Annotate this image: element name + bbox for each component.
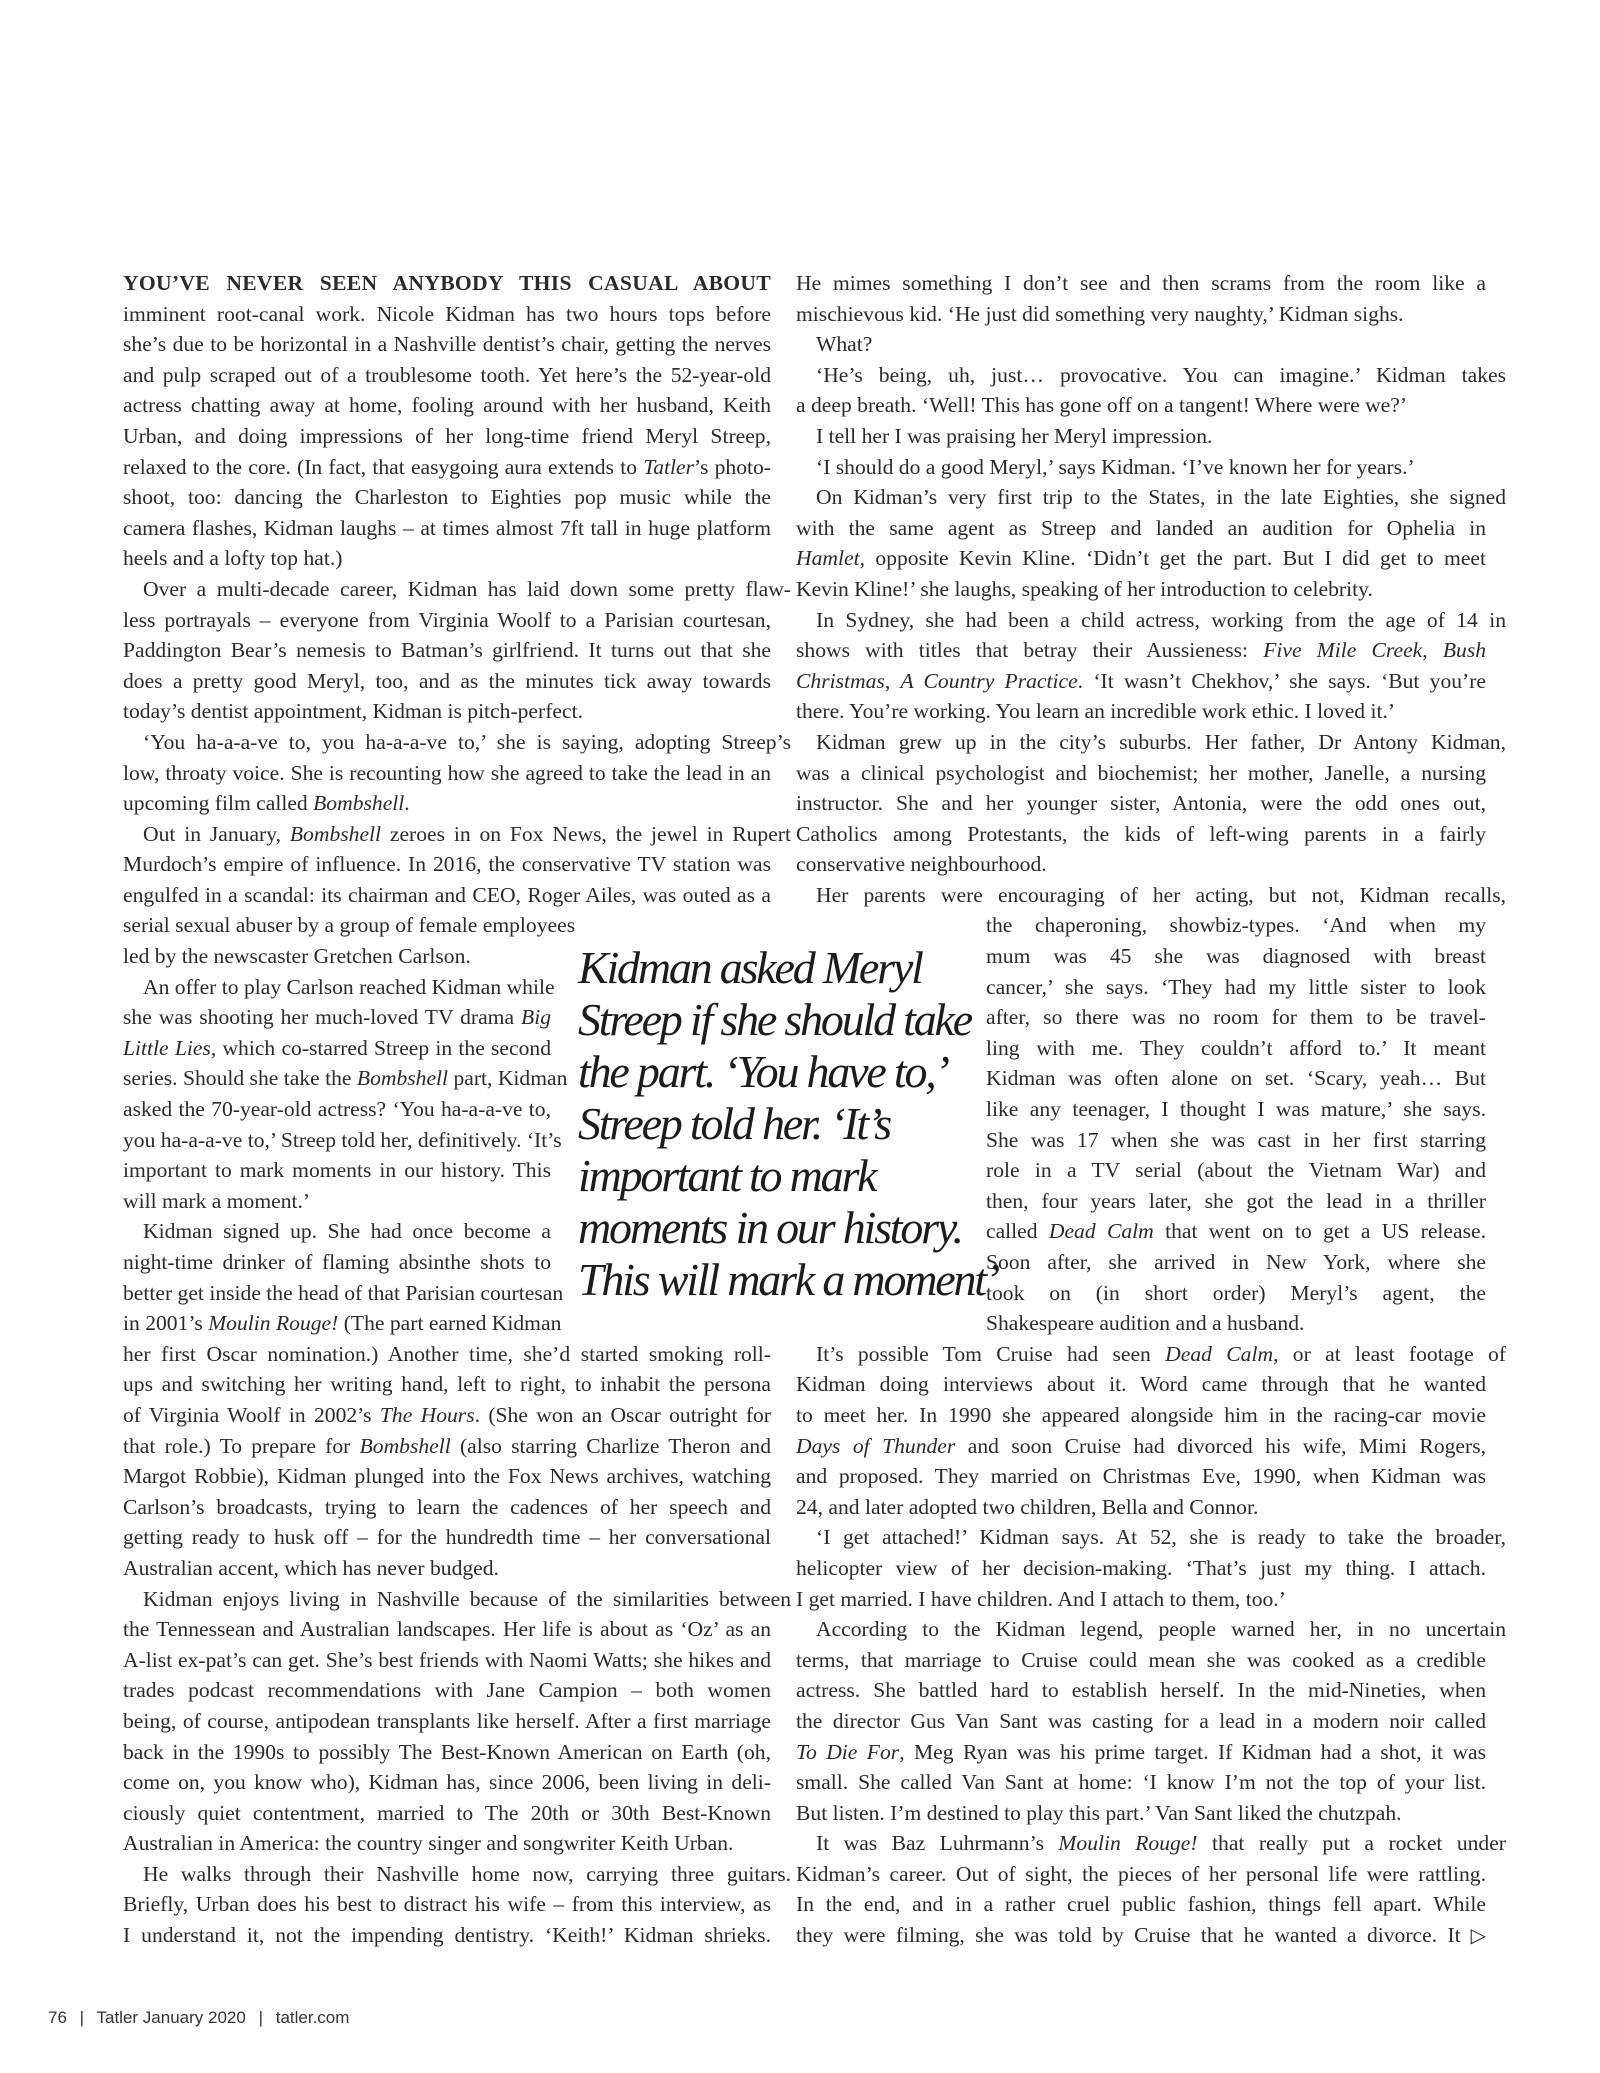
line-text: Kevin Kline!’ she laughs, speaking of he… (796, 577, 1373, 601)
line-text: in 2001’s (123, 1311, 208, 1335)
article-line: Little Lies, which co-starred Streep in … (123, 1033, 551, 1064)
line-text: relaxed to the core. (In fact, that easy… (123, 455, 643, 479)
pull-quote-line: Streep if she should take (578, 994, 998, 1046)
line-text: mum was 45 she was diagnosed with breast (986, 944, 1486, 968)
publication-issue: Tatler January 2020 (97, 2008, 246, 2027)
article-line: with the same agent as Streep and landed… (796, 513, 1486, 544)
footer-separator: | (251, 2008, 271, 2027)
line-text: to meet her. In 1990 she appeared alongs… (796, 1403, 1486, 1427)
article-line: What? (796, 329, 1506, 360)
pull-quote: Kidman asked Meryl Streep if she should … (578, 942, 998, 1306)
article-line: ciously quiet contentment, married to Th… (123, 1798, 771, 1829)
article-line: It’s possible Tom Cruise had seen Dead C… (796, 1339, 1506, 1370)
article-line: important to mark moments in our history… (123, 1155, 551, 1186)
article-line: I understand it, not the impending denti… (123, 1920, 771, 1951)
italic-title: Dead Calm (1049, 1219, 1154, 1243)
line-text: . (She won an Oscar outright for (475, 1403, 771, 1427)
article-line: shows with titles that betray their Auss… (796, 635, 1486, 666)
article-line: Murdoch’s empire of influence. In 2016, … (123, 849, 771, 880)
line-text: she was shooting her much-loved TV drama (123, 1005, 521, 1029)
continued-arrow-icon: ▷ (1461, 1925, 1486, 1947)
pull-quote-line: Kidman asked Meryl (578, 942, 998, 994)
line-text: Carlson’s broadcasts, trying to learn th… (123, 1495, 771, 1519)
article-line: A-list ex-pat’s can get. She’s best frie… (123, 1645, 771, 1676)
line-text: , which co-starred Streep in the second (211, 1036, 551, 1060)
article-line: getting ready to husk off – for the hund… (123, 1522, 771, 1553)
article-line: to meet her. In 1990 she appeared alongs… (796, 1400, 1486, 1431)
line-text: cancer,’ she says. ‘They had my little s… (986, 975, 1486, 999)
article-line: in 2001’s Moulin Rouge! (The part earned… (123, 1308, 551, 1339)
line-text: trades podcast recommendations with Jane… (123, 1678, 771, 1702)
line-text: come on, you know who), Kidman has, sinc… (123, 1770, 771, 1794)
line-text: that went on to get a US release. (1154, 1219, 1486, 1243)
line-text: does a pretty good Meryl, too, and as th… (123, 669, 771, 693)
article-line: ‘You ha-a-a-ve to, you ha-a-a-ve to,’ sh… (123, 727, 791, 758)
line-text: , (1422, 638, 1443, 662)
line-text: Kidman signed up. She had once become a (143, 1219, 551, 1243)
article-line: the chaperoning, showbiz-types. ‘And whe… (986, 910, 1486, 941)
article-line: mischievous kid. ‘He just did something … (796, 299, 1486, 330)
article-line: actress. She battled hard to establish h… (796, 1675, 1486, 1706)
article-line: Her parents were encouraging of her acti… (796, 880, 1506, 911)
line-text: being, of course, antipodean transplants… (123, 1709, 771, 1733)
line-text: It’s possible Tom Cruise had seen (816, 1342, 1165, 1366)
article-line: An offer to play Carlson reached Kidman … (123, 972, 551, 1003)
line-text: night-time drinker of flaming absinthe s… (123, 1250, 551, 1274)
article-line: Kidman doing interviews about it. Word c… (796, 1369, 1486, 1400)
line-text: (The part earned Kidman (338, 1311, 561, 1335)
pull-quote-line: moments in our history. (578, 1202, 998, 1254)
line-text: Soon after, she arrived in New York, whe… (986, 1250, 1486, 1274)
line-text: 24, and later adopted two children, Bell… (796, 1495, 1258, 1519)
page-number: 76 (48, 2008, 67, 2027)
article-line: today’s dentist appointment, Kidman is p… (123, 696, 771, 727)
article-line: after, so there was no room for them to … (986, 1002, 1486, 1033)
italic-title: Little Lies (123, 1036, 211, 1060)
line-text: will mark a moment.’ (123, 1189, 310, 1213)
article-line: better get inside the head of that Paris… (123, 1278, 551, 1309)
article-line: like any teenager, I thought I was matur… (986, 1094, 1486, 1125)
line-text: instructor. She and her younger sister, … (796, 791, 1486, 815)
line-text: was a clinical psychologist and biochemi… (796, 761, 1486, 785)
line-text: that really put a rocket under (1198, 1831, 1506, 1855)
line-text: ciously quiet contentment, married to Th… (123, 1801, 771, 1825)
article-line: terms, that marriage to Cruise could mea… (796, 1645, 1486, 1676)
line-text: On Kidman’s very first trip to the State… (816, 485, 1506, 509)
article-line: ‘I get attached!’ Kidman says. At 52, sh… (796, 1522, 1506, 1553)
line-text: there. You’re working. You learn an incr… (796, 699, 1395, 723)
line-text: led by the newscaster Gretchen Carlson. (123, 944, 471, 968)
article-line: come on, you know who), Kidman has, sinc… (123, 1767, 771, 1798)
article-line: ling with me. They couldn’t afford to.’ … (986, 1033, 1486, 1064)
article-line: ‘He’s being, uh, just… provocative. You … (796, 360, 1506, 391)
article-line: She was 17 when she was cast in her firs… (986, 1125, 1486, 1156)
line-text: An offer to play Carlson reached Kidman … (143, 975, 555, 999)
line-text: and proposed. They married on Christmas … (796, 1464, 1486, 1488)
line-text: He walks through their Nashville home no… (143, 1862, 791, 1886)
italic-title: A Country Practice (900, 669, 1077, 693)
line-text: But listen. I’m destined to play this pa… (796, 1801, 1402, 1825)
article-line: there. You’re working. You learn an incr… (796, 696, 1486, 727)
article-line: she’s due to be horizontal in a Nashvill… (123, 329, 771, 360)
line-text: low, throaty voice. She is recounting ho… (123, 761, 771, 785)
article-line: the director Gus Van Sant was casting fo… (796, 1706, 1486, 1737)
line-text: getting ready to husk off – for the hund… (123, 1525, 771, 1549)
article-line: trades podcast recommendations with Jane… (123, 1675, 771, 1706)
article-line: ups and switching her writing hand, left… (123, 1369, 771, 1400)
line-text: shows with titles that betray their Auss… (796, 638, 1263, 662)
italic-title: The Hours (380, 1403, 475, 1427)
line-text: with the same agent as Streep and landed… (796, 516, 1486, 540)
line-text: Margot Robbie), Kidman plunged into the … (123, 1464, 771, 1488)
line-text: a deep breath. ‘Well! This has gone off … (796, 393, 1407, 417)
article-line: Soon after, she arrived in New York, whe… (986, 1247, 1486, 1278)
line-text: helicopter view of her decision-making. … (796, 1556, 1486, 1580)
article-line: Margot Robbie), Kidman plunged into the … (123, 1461, 771, 1492)
line-text: A-list ex-pat’s can get. She’s best frie… (123, 1648, 771, 1672)
pull-quote-line: the part. ‘You have to,’ (578, 1046, 998, 1098)
pull-quote-line: important to mark (578, 1150, 998, 1202)
article-line: Out in January, Bombshell zeroes in on F… (123, 819, 791, 850)
article-line: led by the newscaster Gretchen Carlson. (123, 941, 551, 972)
article-line: It was Baz Luhrmann’s Moulin Rouge! that… (796, 1828, 1506, 1859)
line-text: back in the 1990s to possibly The Best-K… (123, 1740, 771, 1764)
line-text: role in a TV serial (about the Vietnam W… (986, 1158, 1486, 1182)
line-text: the Tennessean and Australian landscapes… (123, 1617, 771, 1641)
article-line: shoot, too: dancing the Charleston to Ei… (123, 482, 771, 513)
line-text: her first Oscar nomination.) Another tim… (123, 1342, 771, 1366)
article-line: of Virginia Woolf in 2002’s The Hours. (… (123, 1400, 771, 1431)
article-line: and pulp scraped out of a troublesome to… (123, 360, 771, 391)
line-text: I get married. I have children. And I at… (796, 1587, 1286, 1611)
article-line: 24, and later adopted two children, Bell… (796, 1492, 1486, 1523)
line-text: then, four years later, she got the lead… (986, 1189, 1486, 1213)
line-text: In the end, and in a rather cruel public… (796, 1892, 1486, 1916)
article-line: they were filming, she was told by Cruis… (796, 1920, 1486, 1951)
article-line: Shakespeare audition and a husband. (986, 1308, 1486, 1339)
line-text: ‘I should do a good Meryl,’ says Kidman.… (816, 455, 1415, 479)
line-text: Kidman doing interviews about it. Word c… (796, 1372, 1486, 1396)
line-text: camera flashes, Kidman laughs – at times… (123, 516, 771, 540)
article-line: and proposed. They married on Christmas … (796, 1461, 1486, 1492)
article-line: Kidman was often alone on set. ‘Scary, y… (986, 1063, 1486, 1094)
line-text: I tell her I was praising her Meryl impr… (816, 424, 1212, 448)
article-line: small. She called Van Sant at home: ‘I k… (796, 1767, 1486, 1798)
line-text: Kidman enjoys living in Nashville becaus… (143, 1587, 791, 1611)
line-text: important to mark moments in our history… (123, 1158, 551, 1182)
article-line: According to the Kidman legend, people w… (796, 1614, 1506, 1645)
line-text: Kidman grew up in the city’s suburbs. He… (816, 730, 1506, 754)
article-line: back in the 1990s to possibly The Best-K… (123, 1737, 771, 1768)
italic-title: Hamlet (796, 546, 860, 570)
article-line: took on (in short order) Meryl’s agent, … (986, 1278, 1486, 1309)
article-line: relaxed to the core. (In fact, that easy… (123, 452, 771, 483)
article-line: does a pretty good Meryl, too, and as th… (123, 666, 771, 697)
line-text: It was Baz Luhrmann’s (816, 1831, 1058, 1855)
article-line: ‘I should do a good Meryl,’ says Kidman.… (796, 452, 1506, 483)
line-text: What? (816, 332, 872, 356)
italic-title: Christmas (796, 669, 885, 693)
article-line: will mark a moment.’ (123, 1186, 551, 1217)
line-text: took on (in short order) Meryl’s agent, … (986, 1281, 1486, 1305)
article-line: the Tennessean and Australian landscapes… (123, 1614, 771, 1645)
italic-title: Dead Calm (1165, 1342, 1273, 1366)
line-text: better get inside the head of that Paris… (123, 1281, 563, 1305)
italic-title: Bombshell (357, 1066, 448, 1090)
italic-title: Tatler (643, 455, 694, 479)
line-text: Out in January, (143, 822, 290, 846)
line-text: small. She called Van Sant at home: ‘I k… (796, 1770, 1486, 1794)
line-text: upcoming film called (123, 791, 313, 815)
article-line: Kevin Kline!’ she laughs, speaking of he… (796, 574, 1486, 605)
article-line: called Dead Calm that went on to get a U… (986, 1216, 1486, 1247)
article-line: helicopter view of her decision-making. … (796, 1553, 1486, 1584)
line-text: , or at least footage of (1273, 1342, 1506, 1366)
article-line: I get married. I have children. And I at… (796, 1584, 1486, 1615)
italic-title: Bombshell (290, 822, 381, 846)
article-line: her first Oscar nomination.) Another tim… (123, 1339, 771, 1370)
article-line: was a clinical psychologist and biochemi… (796, 758, 1486, 789)
line-text: . ‘It wasn’t Chekhov,’ she says. ‘But yo… (1078, 669, 1486, 693)
article-line: Briefly, Urban does his best to distract… (123, 1889, 771, 1920)
line-text: ’s photo- (694, 455, 771, 479)
line-text: Catholics among Protestants, the kids of… (796, 822, 1486, 846)
article-line: To Die For, Meg Ryan was his prime targe… (796, 1737, 1486, 1768)
line-text: of Virginia Woolf in 2002’s (123, 1403, 380, 1427)
line-text: actress chatting away at home, fooling a… (123, 393, 771, 417)
article-line: night-time drinker of flaming absinthe s… (123, 1247, 551, 1278)
article-line: Kidman grew up in the city’s suburbs. He… (796, 727, 1506, 758)
article-line: imminent root-canal work. Nicole Kidman … (123, 299, 771, 330)
italic-title: To Die For (796, 1740, 899, 1764)
line-text: (also starring Charlize Theron and (451, 1434, 771, 1458)
article-line: series. Should she take the Bombshell pa… (123, 1063, 551, 1094)
article-line: Paddington Bear’s nemesis to Batman’s gi… (123, 635, 771, 666)
article-line: mum was 45 she was diagnosed with breast (986, 941, 1486, 972)
line-text: According to the Kidman legend, people w… (816, 1617, 1506, 1641)
line-text: serial sexual abuser by a group of femal… (123, 913, 575, 937)
line-text: I understand it, not the impending denti… (123, 1923, 771, 1947)
line-text: today’s dentist appointment, Kidman is p… (123, 699, 583, 723)
article-line: upcoming film called Bombshell. (123, 788, 771, 819)
line-text: Her parents were encouraging of her acti… (816, 883, 1506, 907)
line-text: she’s due to be horizontal in a Nashvill… (123, 332, 771, 356)
article-line: less portrayals – everyone from Virginia… (123, 605, 771, 636)
line-text: , (885, 669, 901, 693)
line-text: conservative neighbourhood. (796, 852, 1047, 876)
article-line: Australian accent, which has never budge… (123, 1553, 771, 1584)
line-text: ‘You ha-a-a-ve to, you ha-a-a-ve to,’ sh… (143, 730, 791, 754)
line-text: imminent root-canal work. Nicole Kidman … (123, 302, 771, 326)
website-link[interactable]: tatler.com (276, 2008, 350, 2027)
line-text: In Sydney, she had been a child actress,… (816, 608, 1506, 632)
line-text: and pulp scraped out of a troublesome to… (123, 363, 771, 387)
article-line: But listen. I’m destined to play this pa… (796, 1798, 1486, 1829)
article-line: He mimes something I don’t see and then … (796, 268, 1486, 299)
magazine-page: YOU’VE NEVER SEEN ANYBODY THIS CASUAL AB… (0, 0, 1600, 2073)
article-line: then, four years later, she got the lead… (986, 1186, 1486, 1217)
article-line: On Kidman’s very first trip to the State… (796, 482, 1506, 513)
line-text: Australian accent, which has never budge… (123, 1556, 499, 1580)
article-line: Kidman signed up. She had once become a (123, 1216, 551, 1247)
line-text: you ha-a-a-ve to,’ Streep told her, defi… (123, 1128, 562, 1152)
page-footer: 76 | Tatler January 2020 | tatler.com (48, 2008, 349, 2028)
line-text: after, so there was no room for them to … (986, 1005, 1486, 1029)
article-line: asked the 70-year-old actress? ‘You ha-a… (123, 1094, 551, 1125)
article-line: serial sexual abuser by a group of femal… (123, 910, 551, 941)
line-text: Urban, and doing impressions of her long… (123, 424, 771, 448)
article-line: In the end, and in a rather cruel public… (796, 1889, 1486, 1920)
line-text: less portrayals – everyone from Virginia… (123, 608, 771, 632)
line-text: ‘I get attached!’ Kidman says. At 52, sh… (816, 1525, 1506, 1549)
line-text: Paddington Bear’s nemesis to Batman’s gi… (123, 638, 771, 662)
article-line: Catholics among Protestants, the kids of… (796, 819, 1486, 850)
line-text: Over a multi-decade career, Kidman has l… (143, 577, 791, 601)
article-line: a deep breath. ‘Well! This has gone off … (796, 390, 1486, 421)
article-lead-in: YOU’VE NEVER SEEN ANYBODY THIS CASUAL AB… (123, 268, 771, 299)
line-text: that role.) To prepare for (123, 1434, 360, 1458)
line-text: they were filming, she was told by Cruis… (796, 1923, 1461, 1947)
line-text: ling with me. They couldn’t afford to.’ … (986, 1036, 1486, 1060)
article-line: Christmas, A Country Practice. ‘It wasn’… (796, 666, 1486, 697)
line-text: part, Kidman (448, 1066, 567, 1090)
article-line: Over a multi-decade career, Kidman has l… (123, 574, 791, 605)
line-text: shoot, too: dancing the Charleston to Ei… (123, 485, 771, 509)
article-line: Carlson’s broadcasts, trying to learn th… (123, 1492, 771, 1523)
article-line: conservative neighbourhood. (796, 849, 1486, 880)
article-line: engulfed in a scandal: its chairman and … (123, 880, 771, 911)
italic-title: Days of Thunder (796, 1434, 955, 1458)
article-line: I tell her I was praising her Meryl impr… (796, 421, 1506, 452)
article-line: heels and a lofty top hat.) (123, 543, 771, 574)
line-text: He mimes something I don’t see and then … (796, 271, 1486, 295)
line-text: . (404, 791, 409, 815)
article-line: being, of course, antipodean transplants… (123, 1706, 771, 1737)
article-line: camera flashes, Kidman laughs – at times… (123, 513, 771, 544)
line-text: series. Should she take the (123, 1066, 357, 1090)
article-line: role in a TV serial (about the Vietnam W… (986, 1155, 1486, 1186)
line-text: Murdoch’s empire of influence. In 2016, … (123, 852, 771, 876)
article-line: Kidman enjoys living in Nashville becaus… (123, 1584, 791, 1615)
italic-title: Moulin Rouge! (1058, 1831, 1197, 1855)
pull-quote-line: Streep told her. ‘It’s (578, 1098, 998, 1150)
article-line: actress chatting away at home, fooling a… (123, 390, 771, 421)
line-text: heels and a lofty top hat.) (123, 546, 342, 570)
italic-title: Moulin Rouge! (208, 1311, 338, 1335)
article-line: Hamlet, opposite Kevin Kline. ‘Didn’t ge… (796, 543, 1486, 574)
line-text: Shakespeare audition and a husband. (986, 1311, 1304, 1335)
line-text: Australian in America: the country singe… (123, 1831, 733, 1855)
article-line: she was shooting her much-loved TV drama… (123, 1002, 551, 1033)
line-text: ‘He’s being, uh, just… provocative. You … (816, 363, 1506, 387)
footer-separator: | (72, 2008, 92, 2027)
line-text: YOU’VE NEVER SEEN ANYBODY THIS CASUAL AB… (123, 271, 771, 295)
line-text: the director Gus Van Sant was casting fo… (796, 1709, 1486, 1733)
line-text: , opposite Kevin Kline. ‘Didn’t get the … (860, 546, 1486, 570)
article-line: that role.) To prepare for Bombshell (al… (123, 1431, 771, 1462)
article-line: instructor. She and her younger sister, … (796, 788, 1486, 819)
article-line: Australian in America: the country singe… (123, 1828, 771, 1859)
line-text: asked the 70-year-old actress? ‘You ha-a… (123, 1097, 551, 1121)
line-text: Briefly, Urban does his best to distract… (123, 1892, 771, 1916)
article-line: Urban, and doing impressions of her long… (123, 421, 771, 452)
pull-quote-line: This will mark a moment’ (578, 1254, 998, 1306)
italic-title: Bombshell (360, 1434, 451, 1458)
line-text: the chaperoning, showbiz-types. ‘And whe… (986, 913, 1486, 937)
italic-title: Big (521, 1005, 551, 1029)
article-line: Days of Thunder and soon Cruise had divo… (796, 1431, 1486, 1462)
line-text: mischievous kid. ‘He just did something … (796, 302, 1404, 326)
article-line: cancer,’ she says. ‘They had my little s… (986, 972, 1486, 1003)
line-text: Kidman’s career. Out of sight, the piece… (796, 1862, 1486, 1886)
article-line: He walks through their Nashville home no… (123, 1859, 791, 1890)
line-text: actress. She battled hard to establish h… (796, 1678, 1486, 1702)
line-text: ups and switching her writing hand, left… (123, 1372, 771, 1396)
article-line: low, throaty voice. She is recounting ho… (123, 758, 771, 789)
line-text: terms, that marriage to Cruise could mea… (796, 1648, 1486, 1672)
line-text: engulfed in a scandal: its chairman and … (123, 883, 771, 907)
article-line: you ha-a-a-ve to,’ Streep told her, defi… (123, 1125, 551, 1156)
italic-title: Five Mile Creek (1263, 638, 1422, 662)
article-line: Kidman’s career. Out of sight, the piece… (796, 1859, 1486, 1890)
italic-title: Bombshell (313, 791, 404, 815)
line-text: She was 17 when she was cast in her firs… (986, 1128, 1486, 1152)
italic-title: Bush (1443, 638, 1486, 662)
line-text: zeroes in on Fox News, the jewel in Rupe… (381, 822, 791, 846)
line-text: Kidman was often alone on set. ‘Scary, y… (986, 1066, 1486, 1090)
line-text: like any teenager, I thought I was matur… (986, 1097, 1486, 1121)
line-text: and soon Cruise had divorced his wife, M… (955, 1434, 1486, 1458)
article-line: In Sydney, she had been a child actress,… (796, 605, 1506, 636)
line-text: , Meg Ryan was his prime target. If Kidm… (899, 1740, 1486, 1764)
